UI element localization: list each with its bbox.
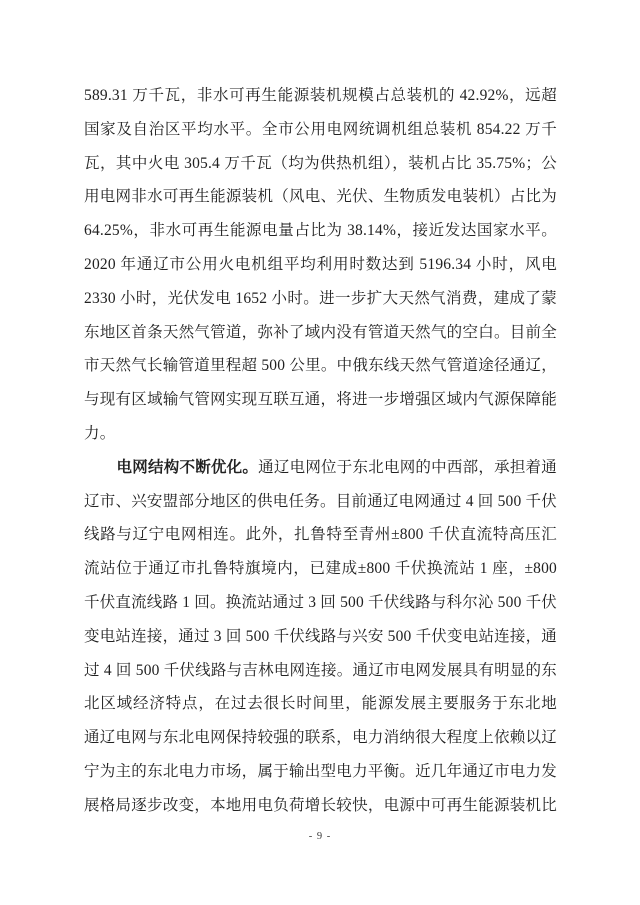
document-page: 589.31 万千瓦，非水可再生能源装机规模占总装机的 42.92%，远超国家及… [0,0,640,905]
text-line: 市天然气长输管道里程超 500 公里。中俄东线天然气管道途径通辽， [84,349,557,383]
text-line: 辽市、兴安盟部分地区的供电任务。目前通辽电网通过 4 回 500 千伏 [84,485,557,519]
text-line: 展格局逐步改变，本地用电负荷增长较快，电源中可再生能源装机比 [84,789,557,823]
text-line: 通辽电网与东北电网保持较强的联系，电力消纳很大程度上依赖以辽 [84,721,557,755]
page-number: - 9 - [309,831,332,842]
document-body: 589.31 万千瓦，非水可再生能源装机规模占总装机的 42.92%，远超国家及… [84,79,557,823]
text-line: 瓦，其中火电 305.4 万千瓦（均为供热机组），装机占比 35.75%；公 [84,147,557,181]
text-line: 国家及自治区平均水平。全市公用电网统调机组总装机 854.22 万千 [84,113,557,147]
text-line: 东地区首条天然气管道，弥补了域内没有管道天然气的空白。目前全 [84,316,557,350]
text-line: 电网结构不断优化。通辽电网位于东北电网的中西部，承担着通 [84,451,557,485]
text-line: 变电站连接，通过 3 回 500 千伏线路与兴安 500 千伏变电站连接，通 [84,620,557,654]
text-line: 力。 [84,417,557,451]
text-line: 线路与辽宁电网相连。此外，扎鲁特至青州±800 千伏直流特高压汇 [84,518,557,552]
text-line: 2020 年通辽市公用火电机组平均利用时数达到 5196.34 小时，风电 [84,248,557,282]
page-footer: - 9 - [0,826,640,844]
text-line: 流站位于通辽市扎鲁特旗境内，已建成±800 千伏换流站 1 座，±800 [84,552,557,586]
text-line: 用电网非水可再生能源装机（风电、光伏、生物质发电装机）占比为 [84,180,557,214]
bold-run: 电网结构不断优化。 [117,459,259,476]
text-line: 589.31 万千瓦，非水可再生能源装机规模占总装机的 42.92%，远超 [84,79,557,113]
text-line: 2330 小时，光伏发电 1652 小时。进一步扩大天然气消费，建成了蒙 [84,282,557,316]
text-line: 64.25%，非水可再生能源电量占比为 38.14%，接近发达国家水平。 [84,214,557,248]
text-line: 千伏直流线路 1 回。换流站通过 3 回 500 千伏线路与科尔沁 500 千伏 [84,586,557,620]
text-line: 与现有区域输气管网实现互联互通，将进一步增强区域内气源保障能 [84,383,557,417]
text-line: 宁为主的东北电力市场，属于输出型电力平衡。近几年通辽市电力发 [84,755,557,789]
text-line: 北区域经济特点，在过去很长时间里，能源发展主要服务于东北地区， [84,687,557,721]
text-line: 过 4 回 500 千伏线路与吉林电网连接。通辽市电网发展具有明显的东 [84,654,557,688]
